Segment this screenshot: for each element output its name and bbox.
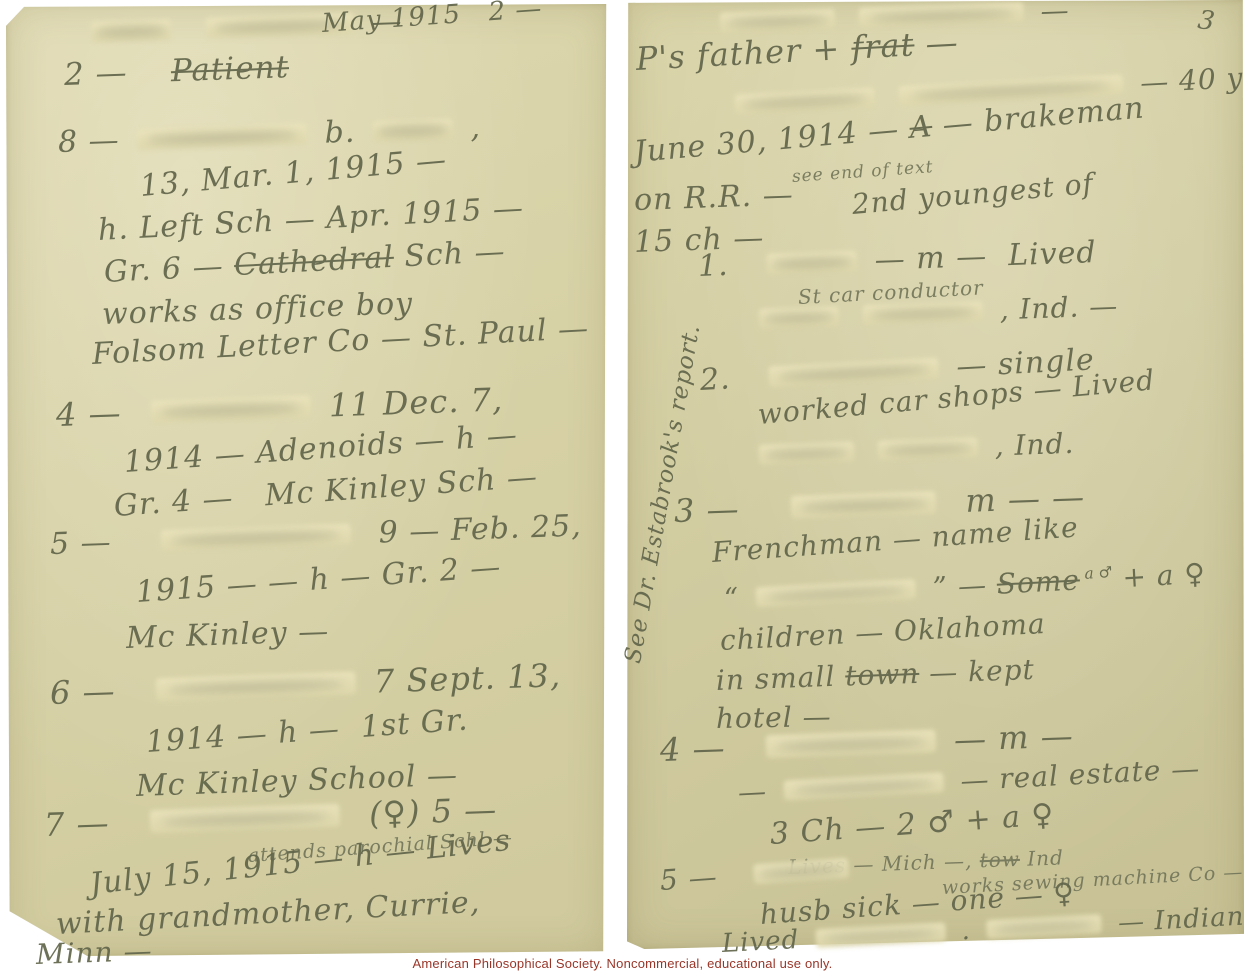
handwriting-text: — bbox=[737, 774, 778, 809]
handwriting-text: — m — bbox=[942, 717, 1074, 760]
redaction-blur bbox=[766, 730, 937, 759]
handwriting-text: Patient bbox=[170, 49, 289, 89]
document-scan: —May 1915 2 —2 — Patient8 — b. ,13, Mar.… bbox=[0, 0, 1245, 973]
redaction-blur bbox=[91, 19, 172, 43]
handwriting-text: 5 — bbox=[659, 858, 749, 897]
handwriting-text: 1. bbox=[697, 247, 760, 284]
handwriting-text: 2. bbox=[699, 360, 763, 398]
handwriting-text: — bbox=[913, 23, 959, 63]
handwriting-text: in small bbox=[715, 659, 845, 696]
redaction-blur bbox=[160, 523, 351, 551]
handwriting-text: 6 — bbox=[49, 671, 149, 712]
handwriting-text: 3 — bbox=[673, 488, 784, 530]
handwriting-text: b. bbox=[313, 114, 366, 151]
redaction-blur bbox=[734, 87, 875, 114]
handwriting-text: 8 — bbox=[57, 122, 130, 159]
handwriting-text: , Ind. bbox=[984, 427, 1075, 463]
handwriting-text: frat bbox=[850, 25, 915, 66]
handwriting-text bbox=[881, 79, 893, 112]
handwriting-text: a ♂ bbox=[1079, 563, 1113, 583]
redaction-blur bbox=[753, 858, 849, 885]
handwriting-text: Mc Kinley — bbox=[125, 614, 329, 656]
handwriting-text: — kept bbox=[919, 653, 1036, 690]
handwriting-line: Mc Kinley — bbox=[125, 615, 329, 655]
redaction-blur bbox=[877, 437, 978, 461]
handwriting-text: , Ind. — bbox=[989, 289, 1119, 326]
redaction-blur bbox=[862, 301, 983, 325]
handwriting-text: 5 — bbox=[49, 523, 154, 562]
handwriting-text: . bbox=[951, 915, 980, 946]
redaction-blur bbox=[720, 9, 836, 33]
redaction-blur bbox=[137, 123, 308, 151]
handwriting-text bbox=[860, 434, 871, 467]
handwriting-text: Ind bbox=[1019, 845, 1064, 871]
handwriting-text: town bbox=[845, 657, 920, 693]
handwriting-text bbox=[177, 11, 199, 47]
redaction-blur bbox=[769, 357, 940, 387]
redaction-blur bbox=[150, 395, 311, 424]
handwriting-text: 4 — bbox=[659, 728, 759, 769]
redaction-blur bbox=[986, 914, 1102, 939]
copyright-caption: American Philosophical Society. Noncomme… bbox=[0, 956, 1245, 971]
handwriting-text: 11 Dec. 7, bbox=[317, 380, 504, 424]
handwriting-text: Lived bbox=[721, 924, 809, 958]
redaction-blur bbox=[791, 491, 937, 519]
handwriting-text: 2 — bbox=[63, 53, 171, 93]
redaction-blur bbox=[372, 118, 453, 142]
redaction-blur bbox=[815, 923, 946, 948]
handwriting-text: “ bbox=[723, 581, 750, 615]
redaction-blur bbox=[150, 804, 341, 834]
redaction-blur bbox=[759, 441, 855, 464]
handwriting-text bbox=[845, 298, 856, 331]
redaction-blur bbox=[759, 306, 840, 329]
handwriting-text: tow bbox=[979, 847, 1020, 872]
handwriting-text: 7 — bbox=[43, 803, 143, 844]
handwriting-text: ” — bbox=[922, 568, 998, 605]
handwriting-text: , bbox=[459, 110, 481, 146]
handwriting-line: 2 — Patient bbox=[63, 50, 289, 92]
redaction-blur bbox=[783, 772, 944, 801]
handwriting-text: 7 Sept. 13, bbox=[362, 656, 561, 701]
handwriting-line: on R.R. — bbox=[633, 178, 794, 217]
handwriting-text: on R.R. — bbox=[633, 177, 794, 218]
handwriting-text: Gr. 6 — bbox=[103, 248, 235, 290]
redaction-blur bbox=[756, 579, 917, 608]
handwriting-text: Sch — bbox=[393, 234, 506, 275]
handwriting-text: Some bbox=[996, 563, 1081, 600]
redaction-blur bbox=[767, 250, 858, 275]
handwriting-text: — bbox=[1030, 0, 1070, 28]
redaction-blur bbox=[156, 672, 357, 702]
handwriting-text: 4 — bbox=[55, 393, 144, 434]
handwriting-text: + a ♀ bbox=[1112, 557, 1207, 595]
